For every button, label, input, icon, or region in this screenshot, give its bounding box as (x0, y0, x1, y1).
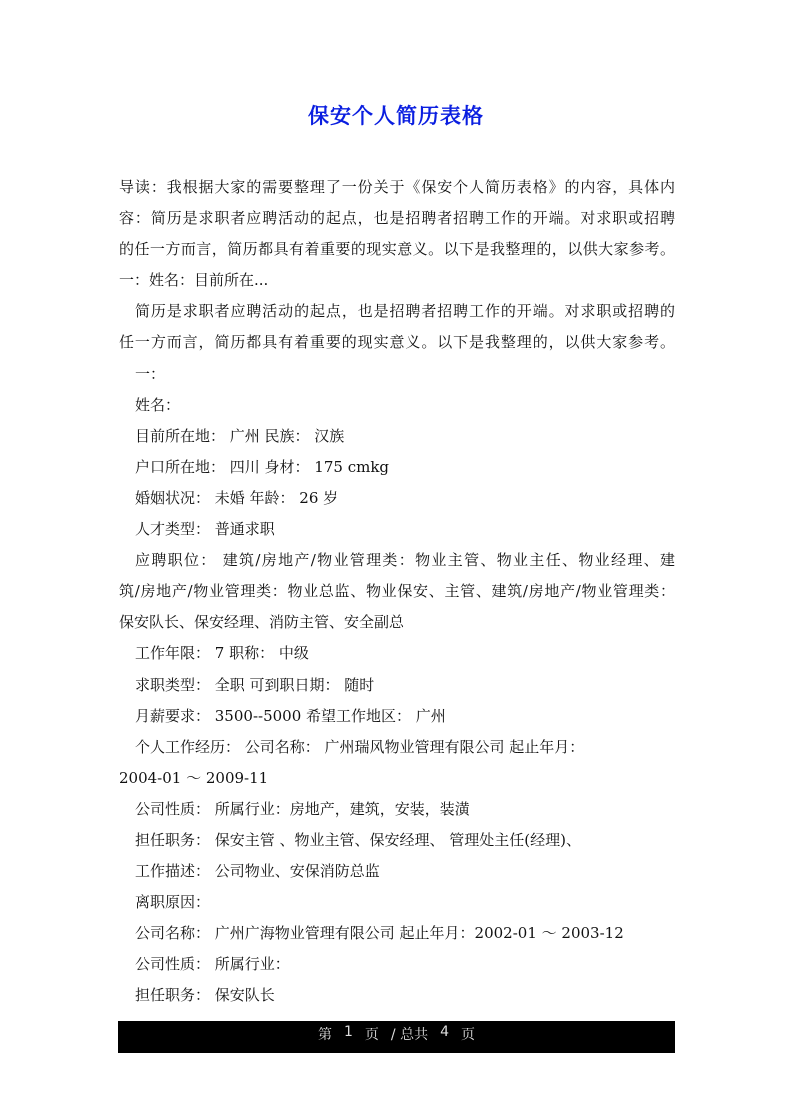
document-body: 导读：我根据大家的需要整理了一份关于《保安个人简历表格》的内容，具体内 容：简历… (119, 172, 675, 1012)
paragraph-line: 任一方而言，简历都具有着重要的现实意义。以下是我整理的，以供大家参考。 (119, 327, 675, 358)
field-years: 工作年限： 7 职称： 中级 (119, 638, 675, 669)
total-label: / 总共 (391, 1024, 428, 1044)
intro-line: 的任一方而言，简历都具有着重要的现实意义。以下是我整理的，以供大家参考。 (119, 234, 675, 265)
page-suffix: 页 (365, 1024, 379, 1044)
field-work-history: 个人工作经历： 公司名称： 广州瑞风物业管理有限公司 起止年月： (119, 732, 675, 763)
section-heading: 一： (119, 359, 675, 390)
field-description: 工作描述： 公司物业、安保消防总监 (119, 856, 675, 887)
field-talent-type: 人才类型： 普通求职 (119, 514, 675, 545)
field-company-2: 公司名称： 广州广海物业管理有限公司 起止年月：2002-01 ～ 2003-1… (119, 918, 675, 949)
field-name: 姓名： (119, 390, 675, 421)
field-duties: 担任职务： 保安主管 、物业主管、保安经理、 管理处主任(经理)、 (119, 825, 675, 856)
intro-line: 导读：我根据大家的需要整理了一份关于《保安个人简历表格》的内容，具体内 (119, 172, 675, 203)
field-position: 应聘职位： 建筑/房地产/物业管理类：物业主管、物业主任、物业经理、建 (119, 545, 675, 576)
paragraph-line: 简历是求职者应聘活动的起点，也是招聘者招聘工作的开端。对求职或招聘的 (119, 296, 675, 327)
total-suffix: 页 (461, 1024, 475, 1044)
document-title: 保安个人简历表格 (0, 100, 792, 130)
field-job-type: 求职类型： 全职 可到职日期： 随时 (119, 670, 675, 701)
field-leave-reason: 离职原因： (119, 887, 675, 918)
intro-line: 一：姓名：目前所在... (119, 265, 675, 296)
field-position-cont: 保安队长、保安经理、消防主管、安全副总 (119, 607, 675, 638)
page-footer: 第 1 页 / 总共 4 页 (118, 1021, 675, 1053)
field-work-dates: 2004-01 ～ 2009-11 (119, 763, 675, 794)
field-hukou: 户口所在地： 四川 身材： 175 cmkg (119, 452, 675, 483)
field-salary: 月薪要求： 3500--5000 希望工作地区： 广州 (119, 701, 675, 732)
field-position-cont: 筑/房地产/物业管理类：物业总监、物业保安、主管、建筑/房地产/物业管理类： (119, 576, 675, 607)
field-company-nature-2: 公司性质： 所属行业： (119, 949, 675, 980)
page-prefix: 第 (318, 1024, 332, 1044)
intro-line: 容：简历是求职者应聘活动的起点，也是招聘者招聘工作的开端。对求职或招聘 (119, 203, 675, 234)
field-duties-2: 担任职务： 保安队长 (119, 980, 675, 1011)
field-company-nature: 公司性质： 所属行业：房地产，建筑，安装，装潢 (119, 794, 675, 825)
field-location: 目前所在地： 广州 民族： 汉族 (119, 421, 675, 452)
total-pages: 4 (440, 1024, 449, 1040)
field-marital: 婚姻状况： 未婚 年龄： 26 岁 (119, 483, 675, 514)
current-page: 1 (344, 1024, 353, 1040)
